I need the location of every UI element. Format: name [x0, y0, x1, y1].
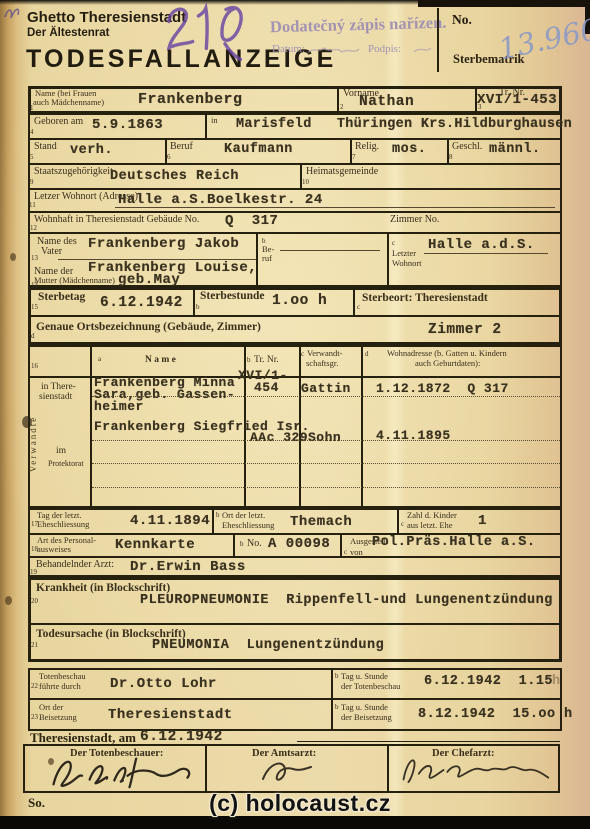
sterbematrik-number-handwritten: 13.960 — [496, 12, 590, 66]
field-index: 5 — [30, 153, 34, 161]
totenbeschau-label2: führte durch — [39, 682, 81, 692]
ehe-ort-value: Themach — [290, 514, 352, 530]
geboren-in-label: in — [211, 116, 218, 126]
beisetzung-ort-label2: Beisetzung — [39, 713, 77, 723]
relig-value: mos. — [392, 142, 426, 157]
field-index: 1 — [30, 104, 34, 112]
field-index: 20 — [31, 597, 38, 605]
cell-divider — [212, 508, 214, 533]
cell-divider — [353, 287, 355, 315]
beruf-value: Kaufmann — [224, 142, 293, 157]
arzt-value: Dr.Erwin Bass — [130, 559, 246, 575]
sterbetag-value: 6.12.1942 — [100, 295, 183, 311]
krankheit-value: PLEUROPNEUMONIE Rippenfell-und Lungenent… — [140, 593, 553, 608]
field-index: b — [335, 703, 339, 711]
footer-date-value: 6.12.1942 — [140, 729, 223, 745]
chefarzt-signature — [392, 750, 557, 790]
vorname-value: Nathan — [359, 94, 414, 110]
trnr-value: XVI/1-453 — [477, 92, 557, 108]
field-index: b — [247, 356, 251, 364]
ehe-datum-value: 4.11.1894 — [130, 513, 210, 529]
sterbestunde-label: Sterbestunde — [200, 290, 265, 303]
sterbestunde-value: 1.oo h — [272, 293, 327, 309]
field-index: c — [401, 520, 404, 528]
cell-divider — [340, 533, 342, 556]
section-theresienstadt-label2: sienstadt — [39, 392, 72, 403]
row-divider — [28, 163, 562, 165]
beisetzung-ort-value: Theresienstadt — [108, 707, 233, 723]
ausgestellt-value: Pol.Präs.Halle a.S. — [372, 535, 535, 550]
mutter-value2: geb.May — [118, 272, 180, 288]
paper-edge-top-right — [418, 0, 590, 7]
relative2-trnr: AAc 329 — [250, 430, 308, 445]
stand-value: verh. — [70, 143, 113, 158]
field-index: 4 — [30, 128, 34, 136]
beisetzung-zeit-label2: der Beisetzung — [341, 713, 392, 723]
beisetzung-zeit-unit: h — [564, 707, 573, 722]
corner-ink-mark — [2, 2, 26, 22]
heimat-label: Heimatsgemeinde — [306, 166, 378, 177]
ehe-ort-label2: Eheschliessung — [222, 521, 274, 531]
dotted-rule — [92, 396, 560, 397]
dotted-rule — [92, 463, 560, 464]
cell-divider — [387, 744, 389, 793]
field-index: 19 — [30, 568, 37, 576]
field-index: b — [196, 303, 200, 311]
name-value: Frankenberg — [138, 91, 243, 108]
staats-value: Deutsches Reich — [110, 169, 239, 184]
wohnort-value: Halle a.S.Boelkestr. 24 — [118, 192, 323, 208]
field-index: a — [98, 355, 101, 363]
row-divider — [28, 623, 562, 625]
totenbeschau-value: Dr.Otto Lohr — [110, 676, 217, 692]
org-subtitle: Der Ältestenrat — [27, 27, 109, 39]
geschl-label: Geschl. — [452, 141, 482, 152]
field-index: 15 — [31, 303, 38, 311]
header-divider-line — [437, 8, 439, 72]
stamp-datum-label: Datum: — [272, 43, 305, 55]
col-name-header: N a m e — [145, 355, 176, 366]
vater-label2: Vater — [41, 246, 62, 257]
amtsarzt-signature — [235, 754, 345, 786]
ausweis-no-value: A 00098 — [268, 536, 330, 552]
field-index: 21 — [31, 641, 38, 649]
field-index: 11 — [29, 201, 36, 209]
arzt-label: Behandelnder Arzt: — [36, 559, 114, 570]
section-protektorat-label2: Protektorat — [48, 460, 84, 469]
row-divider — [28, 188, 562, 190]
zimmer-no-label: Zimmer No. — [390, 214, 439, 225]
field-index: c — [392, 239, 395, 247]
row-divider — [28, 315, 562, 317]
genaue-value: Zimmer 2 — [428, 322, 502, 338]
name-label2: auch Mädchenname) — [33, 98, 104, 108]
cell-divider — [387, 232, 389, 287]
handwritten-number-ink — [155, 0, 264, 70]
field-index: b — [216, 511, 220, 519]
eltern-wohnort-label2: Wohnort — [392, 259, 422, 269]
field-index: 9 — [30, 178, 34, 186]
death-notice-document: Ghetto Theresienstadt Der Ältestenrat TO… — [0, 0, 590, 829]
stamp-podpis-label: Podpis: — [368, 43, 401, 55]
field-index: d — [365, 350, 369, 358]
section-protektorat-label: im — [56, 446, 66, 457]
ausweis-no-label: No. — [247, 538, 262, 549]
relig-label: Relig. — [355, 141, 379, 152]
col-trnr-header: Tr. Nr. — [254, 355, 279, 366]
paper-stain — [10, 253, 16, 261]
staats-label: Staatszugehörigkeit — [34, 166, 113, 177]
row-divider — [28, 211, 562, 213]
underline — [115, 207, 555, 208]
col-verw-header2: schaftsgr. — [306, 359, 338, 369]
verwandte-vertical-label: Verwandte — [28, 384, 38, 504]
dotted-rule — [92, 487, 560, 488]
ausweis-value: Kennkarte — [115, 537, 195, 553]
genaue-label: Genaue Ortsbezeichnung (Gebäude, Zimmer) — [36, 321, 261, 334]
cell-divider — [331, 668, 333, 731]
relative2-relation: Sohn — [308, 430, 341, 445]
field-index: 2 — [340, 103, 344, 111]
sterbetag-label: Sterbetag — [38, 291, 85, 304]
col-divider — [90, 345, 92, 508]
geboren-value: 5.9.1863 — [92, 117, 163, 133]
relative1-trnr2: 454 — [254, 380, 279, 395]
field-index: 12 — [30, 224, 37, 232]
vater-value: Frankenberg Jakob — [88, 236, 239, 252]
totenbeschau-zeit-label2: der Totenbeschau — [341, 682, 400, 692]
cell-divider — [233, 533, 235, 556]
paper-edge-bottom — [0, 816, 590, 829]
field-index: 17 — [31, 520, 38, 528]
field-index: b — [240, 540, 244, 548]
watermark: (c) holocaust.cz — [180, 790, 420, 817]
gebaeude-value: Q 317 — [225, 213, 278, 229]
field-index: 13 — [31, 254, 38, 262]
cell-divider — [193, 287, 195, 315]
field-index: 8 — [449, 153, 453, 161]
dotted-rule — [92, 440, 560, 441]
eltern-beruf-label2: ruf — [262, 254, 272, 264]
field-index: 7 — [352, 153, 356, 161]
geschl-value: männl. — [489, 142, 541, 157]
beisetzung-zeit-value: 8.12.1942 15.oo — [418, 707, 556, 722]
field-index: 23 — [31, 713, 38, 721]
ehe-label2: Eheschliessung — [37, 520, 89, 530]
field-index: 10 — [302, 178, 309, 186]
relative1-relation: Gattin — [301, 381, 351, 396]
row-divider — [28, 138, 562, 140]
ausweis-label2: ausweises — [37, 545, 71, 555]
col-addr-header2: auch Geburtdaten): — [415, 359, 480, 369]
kinder-value: 1 — [478, 513, 487, 529]
field-index: 18 — [31, 545, 38, 553]
cell-divider — [397, 508, 399, 533]
field-index: c — [357, 303, 360, 311]
relative1-address: 1.12.1872 Q 317 — [376, 381, 509, 396]
cell-divider — [205, 113, 207, 138]
field-index: c — [301, 350, 304, 358]
footer-rule — [297, 741, 560, 742]
relative1-name3: heimer — [94, 399, 144, 414]
row-divider — [28, 232, 562, 234]
mutter-label2: Mutter (Mädchenname) — [34, 276, 115, 286]
field-index: c — [344, 548, 347, 556]
field-index: b — [335, 672, 339, 680]
stamp-podpis-handwriting — [412, 44, 434, 56]
field-index: 22 — [31, 682, 38, 690]
row-divider — [28, 556, 562, 558]
eltern-wohnort-value: Halle a.d.S. — [428, 237, 535, 253]
dash-line — [424, 253, 548, 254]
stamp-datum-handwriting — [306, 44, 362, 56]
row-divider — [28, 698, 562, 700]
field-index: 16 — [31, 362, 38, 370]
stand-label: Stand — [34, 141, 57, 152]
kinder-label2: aus letzt. Ehe — [407, 521, 453, 531]
wohnhaft-label: Wohnhaft in Theresienstadt Gebäude No. — [34, 214, 199, 225]
cell-divider — [337, 86, 339, 114]
geboren-label: Geboren am — [34, 116, 83, 127]
stamp-text: Dodatečný zápis nařízen. — [270, 13, 447, 38]
no-label: No. — [452, 12, 472, 28]
field-index: d — [31, 332, 35, 340]
col-divider — [361, 345, 363, 508]
beruf-label: Beruf — [170, 141, 193, 152]
geburtsort-value: Marisfeld Thüringen Krs.Hildburghausen — [236, 117, 572, 132]
cell-divider — [205, 744, 207, 793]
totenbeschau-zeit-value: 6.12.1942 1.15 — [424, 674, 553, 689]
footer-so-label: So. — [28, 795, 45, 811]
paper-stain — [5, 596, 12, 605]
sterbeort-label: Sterbeort: Theresienstadt — [362, 292, 488, 305]
totenbeschauer-signature — [40, 752, 200, 790]
todesursache-value: PNEUMONIA Lungenentzündung — [152, 638, 384, 653]
totenbeschau-zeit-unit: h — [552, 674, 561, 689]
field-index: 6 — [167, 153, 171, 161]
dash-line — [280, 250, 380, 251]
